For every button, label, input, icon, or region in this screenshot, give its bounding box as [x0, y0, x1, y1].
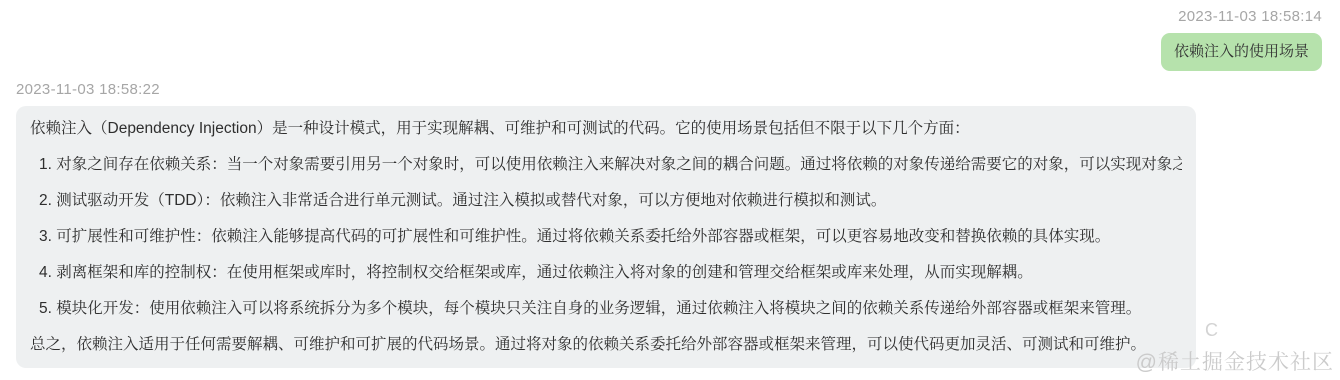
assistant-paragraph-summary: 总之，依赖注入适用于任何需要解耦、可维护和可扩展的代码场景。通过将对象的依赖关系…	[30, 333, 1182, 356]
loading-spinner-icon: C	[1205, 320, 1218, 341]
user-message-timestamp: 2023-11-03 18:58:14	[1178, 8, 1322, 25]
assistant-message-bubble: 依赖注入（Dependency Injection）是一种设计模式，用于实现解耦…	[16, 106, 1196, 368]
user-message-bubble: 依赖注入的使用场景	[1161, 33, 1322, 71]
assistant-message-timestamp: 2023-11-03 18:58:22	[16, 81, 160, 98]
assistant-paragraph-item-1: 1. 对象之间存在依赖关系：当一个对象需要引用另一个对象时，可以使用依赖注入来解…	[30, 153, 1182, 176]
assistant-paragraph-item-4: 4. 剥离框架和库的控制权：在使用框架或库时，将控制权交给框架或库，通过依赖注入…	[30, 261, 1182, 284]
assistant-paragraph-intro: 依赖注入（Dependency Injection）是一种设计模式，用于实现解耦…	[30, 117, 1182, 140]
watermark-text: @稀土掘金技术社区	[1136, 346, 1334, 376]
assistant-paragraph-item-5: 5. 模块化开发：使用依赖注入可以将系统拆分为多个模块，每个模块只关注自身的业务…	[30, 297, 1182, 320]
chat-window: 2023-11-03 18:58:14 依赖注入的使用场景 2023-11-03…	[0, 0, 1340, 380]
assistant-paragraph-item-2: 2. 测试驱动开发（TDD）：依赖注入非常适合进行单元测试。通过注入模拟或替代对…	[30, 189, 1182, 212]
assistant-paragraph-item-3: 3. 可扩展性和可维护性：依赖注入能够提高代码的可扩展性和可维护性。通过将依赖关…	[30, 225, 1182, 248]
